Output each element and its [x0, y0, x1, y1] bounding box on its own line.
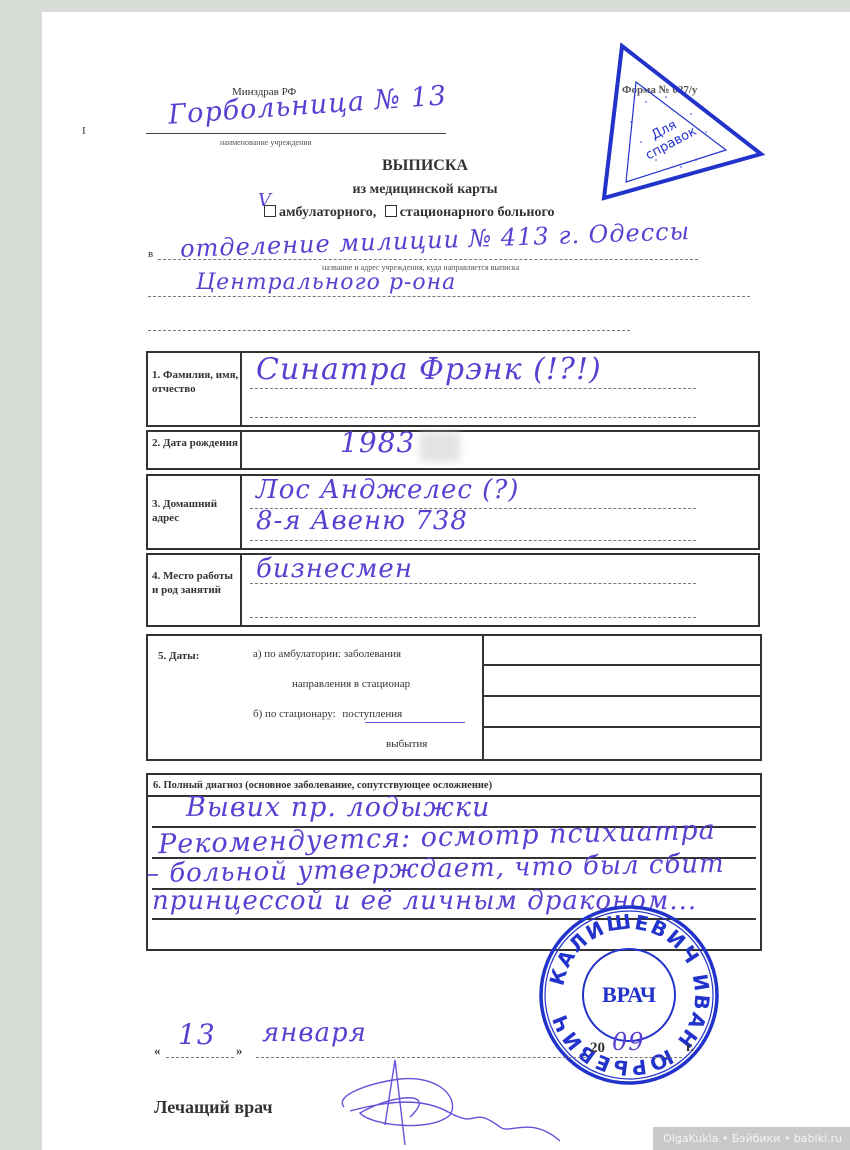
date-year-suffix: г.	[686, 1040, 694, 1056]
date-open-quote: «	[154, 1043, 161, 1059]
checkmark-handwritten: V	[258, 190, 272, 211]
institution-underline	[146, 133, 446, 134]
inpatient-option-label: стационарного больного	[400, 205, 555, 220]
doctor-signature	[330, 1055, 570, 1150]
attending-doctor-label: Лечащий врач	[154, 1097, 273, 1118]
document-title: ВЫПИСКА	[0, 157, 850, 175]
date-month[interactable]: января	[262, 1018, 367, 1048]
diagnosis-line-1[interactable]: Вывих пр. лодыжки	[186, 792, 490, 823]
signature-icon	[330, 1055, 570, 1150]
date-cell-referral[interactable]	[490, 670, 756, 692]
field-value-name[interactable]: Синатра Фрэнк (!?!)	[256, 352, 602, 387]
field-underline	[250, 388, 696, 389]
field-divider	[240, 474, 242, 550]
ambulatory-option-label: амбулаторного,	[279, 205, 376, 220]
field-underline	[250, 583, 696, 584]
field-value-address-line1[interactable]: Лос Анджелес (?)	[256, 475, 519, 505]
margin-mark: I	[82, 125, 86, 137]
dates-divider	[482, 634, 484, 761]
field-underline	[250, 508, 696, 509]
date-year-underline	[610, 1057, 682, 1058]
date-year[interactable]: 09	[612, 1028, 645, 1056]
field-divider	[240, 351, 242, 427]
round-stamp-center: ВРАЧ	[537, 982, 721, 1008]
field-divider	[240, 553, 242, 627]
field-underline	[250, 617, 696, 618]
destination-line2: Центрального р-она	[196, 270, 456, 295]
dates-row-b-sub: поступления	[342, 708, 402, 720]
field-value-address-line2[interactable]: 8-я Авеню 738	[256, 506, 468, 536]
field-label-birthdate: 2. Дата рождения	[152, 436, 240, 450]
blurred-region	[420, 432, 460, 462]
destination-prefix: в	[148, 248, 153, 260]
dates-row-b: б) по стационару: поступления	[253, 708, 402, 720]
dates-row-b-label: б) по стационару:	[253, 708, 336, 720]
destination-underline-1	[158, 259, 698, 260]
field-label-name: 1. Фамилия, имя, отчество	[152, 368, 240, 396]
date-day[interactable]: 13	[178, 1018, 216, 1051]
dates-row-b2: выбытия	[386, 738, 427, 750]
destination-underline-2	[148, 296, 750, 297]
dates-label: 5. Даты:	[158, 649, 199, 663]
field-underline	[250, 417, 696, 418]
date-cell-admission[interactable]	[490, 701, 756, 723]
dates-row-a: а) по амбулатории: заболевания	[253, 648, 401, 660]
destination-underline-3	[148, 330, 630, 331]
date-cell-discharge[interactable]	[490, 732, 756, 754]
field-label-address: 3. Домашний адрес	[152, 497, 240, 525]
date-cell-illness[interactable]	[490, 640, 756, 662]
inpatient-checkbox[interactable]	[385, 205, 397, 217]
field-divider	[240, 430, 242, 470]
diagnosis-label: 6. Полный диагноз (основное заболевание,…	[153, 779, 492, 793]
dates-row-a2: направления в стационар	[292, 678, 410, 690]
dates-row-line	[482, 664, 762, 666]
document-subtitle: из медицинской карты	[0, 182, 850, 198]
handwritten-underline	[365, 722, 465, 723]
dates-row-line	[482, 726, 762, 728]
field-underline	[250, 540, 696, 541]
patient-type-row: амбулаторного, стационарного больного	[264, 205, 555, 221]
field-value-occupation[interactable]: бизнесмен	[256, 554, 413, 584]
date-close-quote: »	[236, 1043, 243, 1059]
date-day-underline	[166, 1057, 234, 1058]
date-year-prefix: 20	[590, 1040, 605, 1057]
field-value-birthdate[interactable]: 1983	[340, 426, 415, 459]
dates-row-line	[482, 695, 762, 697]
watermark: OlgaKukla • Бэйбики • babiki.ru	[653, 1127, 850, 1150]
triangle-stamp: Для справок	[596, 42, 766, 202]
field-label-occupation: 4. Место работы и род занятий	[152, 569, 240, 597]
institution-caption: наименование учреждения	[220, 138, 311, 147]
